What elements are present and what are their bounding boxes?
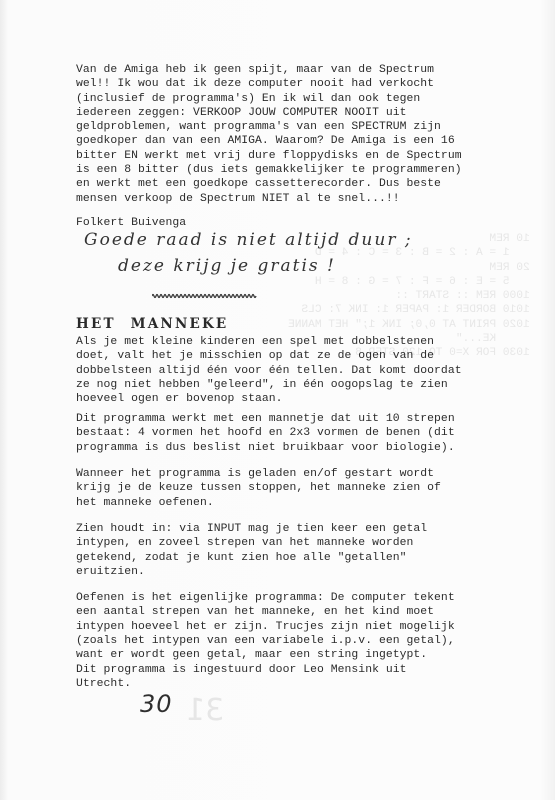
article-line: want er wordt geen getal, maar een strin… [76, 648, 455, 662]
handwritten-underline [152, 292, 258, 300]
article-line: een aantal strepen van het manneke, en h… [76, 605, 455, 619]
article-line: Wanneer het programma is geladen en/of g… [76, 467, 441, 481]
article-paragraph: Zien houdt in: via INPUT mag je tien kee… [76, 522, 427, 579]
article-line: programma is dus beslist niet bruikbaar … [76, 441, 455, 455]
article-line: doet, valt het je misschien op dat ze de… [76, 349, 462, 363]
letter-line: is een 8 bitter (dus iets gemakkelijker … [76, 163, 462, 177]
article-line: intypen, en zoveel strepen van het manne… [76, 536, 427, 550]
article-line: ze nog niet hebben "geleerd", in één oog… [76, 378, 462, 392]
letter-body: Van de Amiga heb ik geen spijt, maar van… [76, 63, 462, 206]
letter-line: iedereen zeggen: VERKOOP JOUW COMPUTER N… [76, 106, 462, 120]
article-line: getekend, zodat je kunt zien hoe alle "g… [76, 551, 427, 565]
article-line: Oefenen is het eigenlijke programma: De … [76, 591, 455, 605]
article-line: het manneke oefenen. [76, 496, 441, 510]
article-paragraph: Wanneer het programma is geladen en/of g… [76, 467, 441, 510]
bleed-through-page-number: 31 [186, 693, 224, 728]
article-line: Als je met kleine kinderen een spel met … [76, 335, 462, 349]
article-title: HET MANNEKE [76, 316, 228, 332]
letter-signature: Folkert Buivenga [76, 216, 186, 230]
article-paragraph: Dit programma is ingestuurd door Leo Men… [76, 663, 407, 692]
article-paragraph: Als je met kleine kinderen een spel met … [76, 335, 462, 406]
article-line: dobbelsteen altijd één voor één tellen. … [76, 364, 462, 378]
letter-line: Van de Amiga heb ik geen spijt, maar van… [76, 63, 462, 77]
article-line: Dit programma is ingestuurd door Leo Men… [76, 663, 407, 677]
article-line: bestaat: 4 vormen het hoofd en 2x3 vorme… [76, 426, 455, 440]
letter-line: goedkoper dan van een AMIGA. Waarom? De … [76, 134, 462, 148]
article-line: (zoals het intypen van een variabele i.p… [76, 634, 455, 648]
article-line: hoeveel ogen er bovenop staan. [76, 392, 462, 406]
letter-line: geldproblemen, want programma's van een … [76, 120, 462, 134]
article-line: Zien houdt in: via INPUT mag je tien kee… [76, 522, 427, 536]
article-line: Dit programma werkt met een mannetje dat… [76, 412, 455, 426]
article-line: krijg je de keuze tussen stoppen, het ma… [76, 481, 441, 495]
document-page: 10 REM 1 = A : 2 = B : 3 = C : 4 = D 20 … [0, 0, 555, 800]
handwritten-line-2: deze krijg je gratis ! [118, 256, 336, 276]
article-line: Utrecht. [76, 677, 407, 691]
handwritten-line-1: Goede raad is niet altijd duur ; [84, 230, 413, 250]
article-paragraph: Oefenen is het eigenlijke programma: De … [76, 591, 455, 662]
letter-line: mensen verkoop de Spectrum NIET al te sn… [76, 192, 462, 206]
article-paragraph: Dit programma werkt met een mannetje dat… [76, 412, 455, 455]
article-line: eruitzien. [76, 565, 427, 579]
letter-line: wel!! Ik wou dat ik deze computer nooit … [76, 77, 462, 91]
page-number: 30 [140, 690, 173, 718]
article-line: intypen hoeveel het er zijn. Trucjes zij… [76, 620, 455, 634]
letter-line: en werkt met een goedkope cassetterecord… [76, 177, 462, 191]
letter-line: (inclusief de programma's) En ik wil dan… [76, 92, 462, 106]
letter-line: bitter EN werkt met vrij dure floppydisk… [76, 149, 462, 163]
